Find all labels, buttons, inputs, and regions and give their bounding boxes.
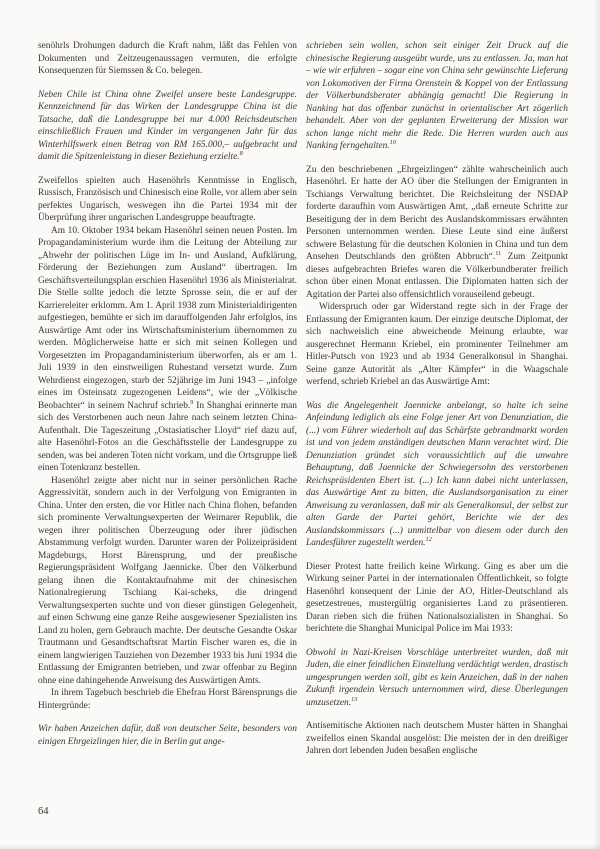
footnote-marker: 12 [425,536,431,543]
body-paragraph: Am 10. Oktober 1934 bekam Hasenöhrl sein… [38,225,297,475]
body-paragraph: Zu den beschriebenen „Ehrgeizlingen“ zäh… [306,164,568,302]
scan-edge-shadow-right [593,0,600,849]
book-page: senöhrls Drohungen dadurch die Kraft nah… [0,0,600,849]
body-paragraph: Hasenöhrl zeigte aber nicht nur in seine… [38,475,297,688]
body-paragraph: Dieser Protest hatte freilich keine Wirk… [306,561,568,636]
page-number: 64 [38,806,49,817]
block-quote-paragraph: schrieben sein wollen, schon seit einige… [306,40,568,153]
footnote-marker: 13 [351,695,357,702]
block-quote-paragraph: Wir haben Anzeichen dafür, daß von deuts… [38,723,297,748]
body-paragraph: senöhrls Drohungen dadurch die Kraft nah… [38,40,297,78]
body-paragraph: Widerspruch oder gar Widerstand regte si… [306,301,568,389]
block-quote-paragraph: Was die Angelegenheit Jaennicke anbelang… [306,400,568,550]
footnote-marker: 8 [240,150,243,157]
footnote-marker: 11 [495,250,501,257]
left-column: senöhrls Drohungen dadurch die Kraft nah… [38,40,297,759]
block-quote-paragraph: Obwohl in Nazi-Kreisen Vorschläge unterb… [306,647,568,710]
text-columns: senöhrls Drohungen dadurch die Kraft nah… [38,40,568,759]
scanned-book-page: { "document": { "page_number": "64", "la… [0,0,600,849]
footnote-marker: 10 [390,139,396,146]
right-column: schrieben sein wollen, schon seit einige… [306,40,568,759]
block-quote-paragraph: Neben Chile ist China ohne Zweifel unser… [38,89,297,164]
body-paragraph: Zweifellos spielten auch Hasenöhrls Kenn… [38,175,297,225]
scan-edge-shadow-bottom [0,844,600,849]
body-paragraph: In ihrem Tagebuch beschrieb die Ehefrau … [38,687,297,712]
footnote-marker: 9 [190,398,193,405]
body-paragraph: Antisemitische Aktionen nach deutschem M… [306,720,568,758]
